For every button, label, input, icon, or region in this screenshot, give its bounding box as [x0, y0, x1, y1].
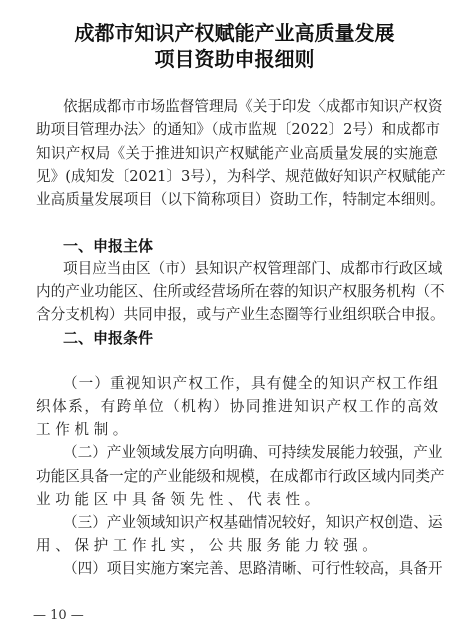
paragraph-line: （四）项目实施方案完善、思路清晰、可行性较高，具备开 — [63, 559, 438, 579]
document-title-line-1: 成都市知识产权赋能产业高质量发展 — [0, 17, 469, 46]
document-title-line-2: 项目资助申报细则 — [0, 43, 469, 72]
paragraph-line: 知识产权局《关于推进知识产权赋能产业高质量发展的实施意 — [36, 144, 438, 164]
paragraph-line: 见》(成知发〔2021〕3号），为科学、规范做好知识产权赋能产 — [36, 167, 438, 187]
document-page: 成都市知识产权赋能产业高质量发展 项目资助申报细则 依据成都市市场监督管理局《关… — [0, 0, 469, 643]
paragraph-line: 工作机制。 — [36, 420, 438, 440]
paragraph-line: 织体系，有跨单位（机构）协同推进知识产权工作的高效 — [36, 397, 438, 417]
paragraph-line: 内的产业功能区、住所或经营场所在蓉的知识产权服务机构（不 — [36, 282, 438, 302]
paragraph-line: （三）产业领域知识产权基础情况较好，知识产权创造、运 — [63, 513, 438, 533]
paragraph-line: 助项目管理办法〉的通知》（成市监规〔2022〕2号）和成都市 — [36, 120, 438, 140]
paragraph-line: （二）产业领域发展方向明确、可持续发展能力较强，产业 — [63, 443, 438, 463]
paragraph-line: 业高质量发展项目（以下简称项目）资助工作，特制定本细则。 — [36, 190, 438, 210]
page-number: — 10 — — [33, 608, 84, 623]
section-heading-conditions: 二、申报条件 — [63, 328, 153, 348]
paragraph-line: 含分支机构）共同申报，或与产业生态圈等行业组织联合申报。 — [36, 305, 438, 325]
paragraph-line: 用、保护工作扎实，公共服务能力较强。 — [36, 536, 438, 556]
paragraph-line: 功能区具备一定的产业能级和规模，在成都市行政区域内同类产 — [36, 467, 438, 487]
paragraph-line: 业功能区中具备领先性、代表性。 — [36, 490, 438, 510]
paragraph-line: （一）重视知识产权工作，具有健全的知识产权工作组 — [63, 374, 438, 394]
paragraph-line: 依据成都市市场监督管理局《关于印发〈成都市知识产权资 — [63, 97, 438, 117]
paragraph-line: 项目应当由区（市）县知识产权管理部门、成都市行政区域 — [63, 259, 438, 279]
section-heading-applicant: 一、申报主体 — [63, 236, 153, 256]
